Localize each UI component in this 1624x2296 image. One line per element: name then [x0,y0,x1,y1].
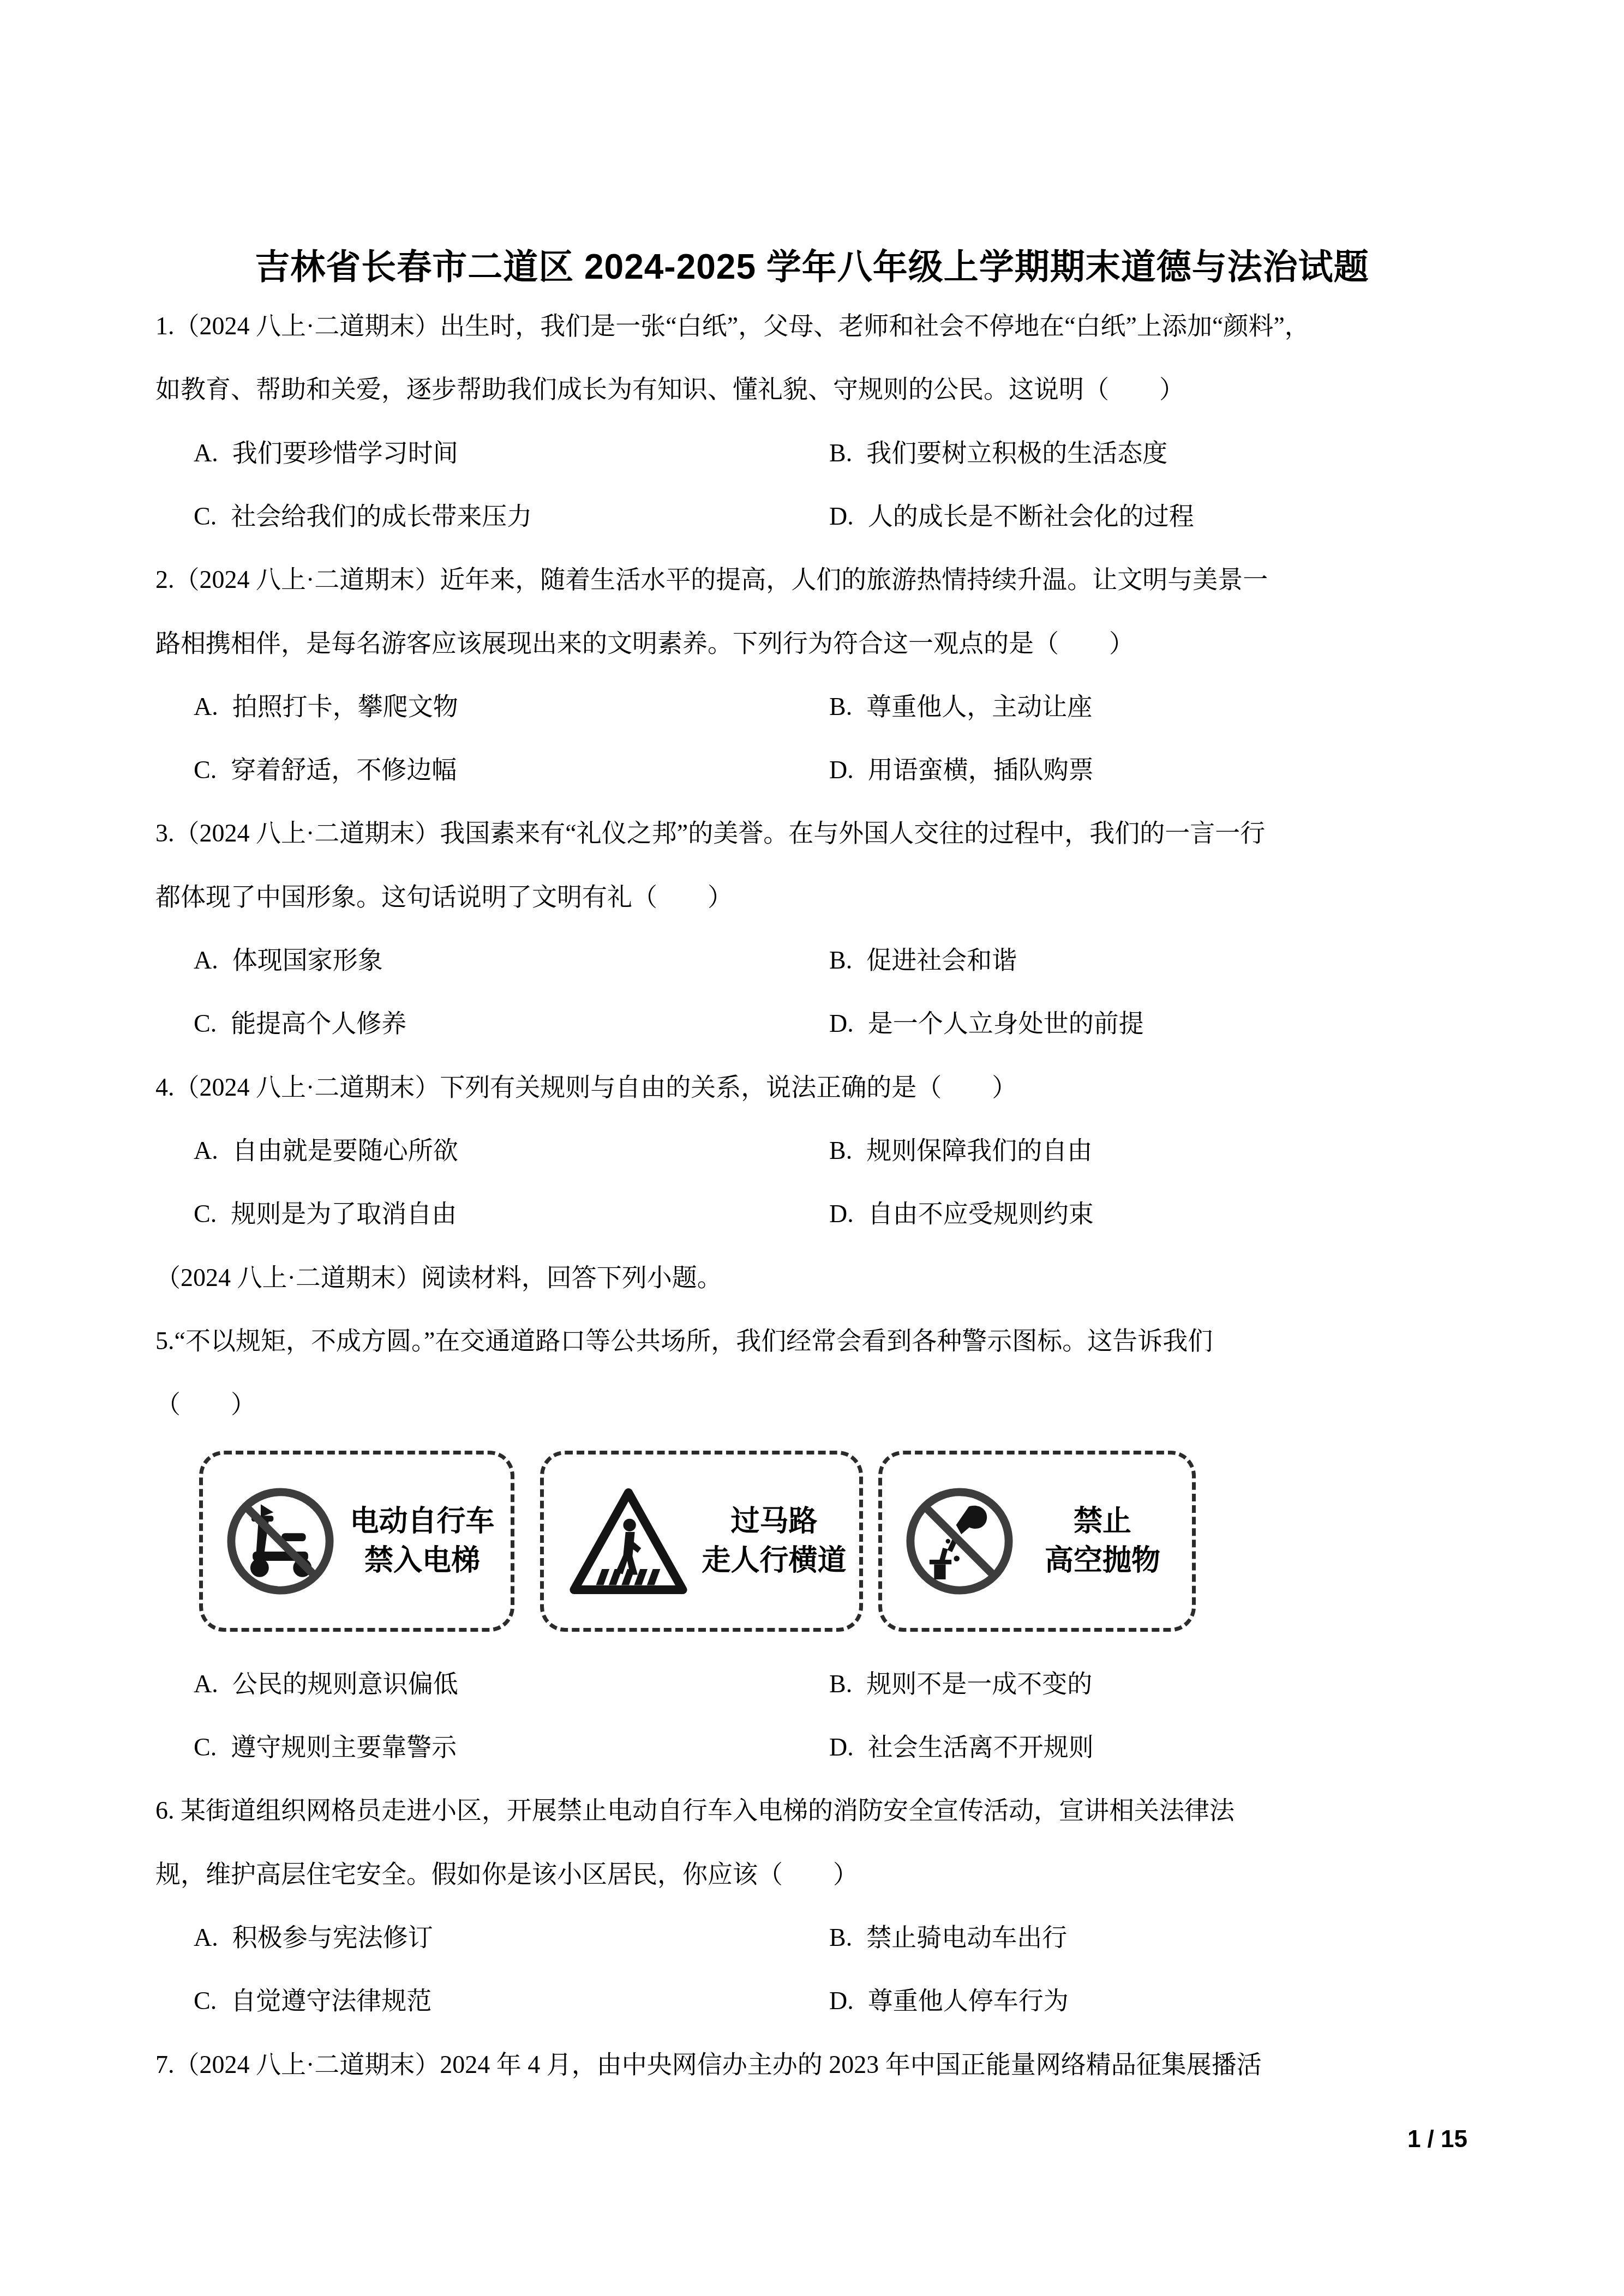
q6-options-row-2: C.自觉遵守法律规范 D.尊重他人停车行为 [155,1985,1481,2017]
exam-page: 吉林省长春市二道区 2024-2025 学年八年级上学期期末道德与法治试题 1.… [0,0,1624,2296]
option-label: C. [194,500,217,533]
sign-card-no-high-altitude-throwing: 禁止 高空抛物 [878,1451,1196,1632]
q2-line-2: 路相携相伴，是每名游客应该展现出来的文明素养。下列行为符合这一观点的是（ ） [155,627,1481,660]
q5-options-row-1: A.公民的规则意识偏低 B.规则不是一成不变的 [155,1668,1481,1700]
q4-line-1: 4.（2024 八上·二道期末）下列有关规则与自由的关系，说法正确的是（ ） [155,1071,1481,1104]
option-text: 社会生活离不开规则 [868,1733,1094,1761]
sign-caption-line: 禁止 [1017,1502,1188,1541]
q6-option-d: D.尊重他人停车行为 [829,1985,1069,2017]
q2-option-a: A.拍照打卡，攀爬文物 [194,690,458,723]
q3-options-row-1: A.体现国家形象 B.促进社会和谐 [155,944,1481,977]
q1-option-d: D.人的成长是不断社会化的过程 [829,500,1194,533]
option-text: 社会给我们的成长带来压力 [231,502,532,530]
q7-line-1: 7.（2024 八上·二道期末）2024 年 4 月，由中央网信办主办的 202… [155,2048,1481,2081]
option-text: 用语蛮横，插队购票 [868,756,1094,784]
option-label: B. [829,1668,852,1700]
q6-option-c: C.自觉遵守法律规范 [194,1985,432,2017]
reading-material-intro: （2024 八上·二道期末）阅读材料，回答下列小题。 [155,1261,1481,1294]
q2-options-row-1: A.拍照打卡，攀爬文物 B.尊重他人，主动让座 [155,690,1481,723]
option-label: B. [829,1921,852,1954]
sign-caption-line: 电动自行车 [338,1502,506,1541]
q3-line-2: 都体现了中国形象。这句话说明了文明有礼（ ） [155,881,1481,913]
option-text: 禁止骑电动车出行 [866,1924,1067,1951]
option-text: 我们要珍惜学习时间 [232,439,458,467]
option-label: C. [194,1985,217,2017]
q4-option-a: A.自由就是要随心所欲 [194,1134,458,1167]
option-text: 自由不应受规则约束 [868,1200,1094,1228]
q5-options-row-2: C.遵守规则主要靠警示 D.社会生活离不开规则 [155,1731,1481,1764]
option-label: D. [829,754,854,786]
q1-options-row-1: A.我们要珍惜学习时间 B.我们要树立积极的生活态度 [155,437,1481,470]
option-text: 自觉遵守法律规范 [231,1987,432,2015]
option-text: 规则保障我们的自由 [866,1137,1092,1164]
q1-options-row-2: C.社会给我们的成长带来压力 D.人的成长是不断社会化的过程 [155,500,1481,533]
q6-option-b: B.禁止骑电动车出行 [829,1921,1067,1954]
q5-option-c: C.遵守规则主要靠警示 [194,1731,457,1764]
option-text: 我们要树立积极的生活态度 [866,439,1167,467]
option-label: B. [829,690,852,723]
sign-caption: 过马路 走人行横道 [693,1502,859,1580]
q6-line-1: 6. 某街道组织网格员走进小区，开展禁止电动自行车入电梯的消防安全宣传活动，宣讲… [155,1794,1481,1827]
page-title: 吉林省长春市二道区 2024-2025 学年八年级上学期期末道德与法治试题 [0,247,1624,287]
q5-option-a: A.公民的规则意识偏低 [194,1668,458,1700]
option-text: 能提高个人修养 [231,1009,406,1037]
option-label: A. [194,944,218,977]
option-label: A. [194,1668,218,1700]
option-label: C. [194,1198,217,1230]
q3-option-b: B.促进社会和谐 [829,944,1017,977]
option-text: 规则不是一成不变的 [866,1670,1092,1698]
q4-option-d: D.自由不应受规则约束 [829,1198,1094,1230]
option-label: B. [829,437,852,470]
q6-line-2: 规，维护高层住宅安全。假如你是该小区居民，你应该（ ） [155,1858,1481,1891]
q6-options-row-1: A.积极参与宪法修订 B.禁止骑电动车出行 [155,1921,1481,1954]
option-label: D. [829,500,854,533]
option-text: 体现国家形象 [232,946,383,974]
option-text: 公民的规则意识偏低 [232,1670,458,1698]
page-number: 1 / 15 [155,2126,1467,2153]
q3-option-d: D.是一个人立身处世的前提 [829,1007,1144,1040]
q1-option-c: C.社会给我们的成长带来压力 [194,500,532,533]
option-label: A. [194,437,218,470]
option-label: A. [194,1921,218,1954]
q1-line-2: 如教育、帮助和关爱，逐步帮助我们成长为有知识、懂礼貌、守规则的公民。这说明（ ） [155,373,1481,406]
q5-option-d: D.社会生活离不开规则 [829,1731,1094,1764]
q1-line-1: 1.（2024 八上·二道期末）出生时，我们是一张“白纸”，父母、老师和社会不停… [155,310,1481,342]
option-text: 遵守规则主要靠警示 [231,1733,457,1761]
q2-line-1: 2.（2024 八上·二道期末）近年来，随着生活水平的提高，人们的旅游热情持续升… [155,563,1481,596]
no-ebike-in-elevator-icon [223,1483,338,1599]
q4-options-row-2: C.规则是为了取消自由 D.自由不应受规则约束 [155,1198,1481,1230]
option-text: 穿着舒适，不修边幅 [231,756,457,784]
option-label: D. [829,1731,854,1764]
q2-option-b: B.尊重他人，主动让座 [829,690,1092,723]
option-text: 积极参与宪法修订 [232,1924,433,1951]
option-text: 尊重他人停车行为 [868,1987,1069,2015]
q2-option-c: C.穿着舒适，不修边幅 [194,754,457,786]
option-label: B. [829,944,852,977]
option-label: C. [194,1731,217,1764]
sign-card-crosswalk-warning: 过马路 走人行横道 [540,1451,863,1632]
sign-caption-line: 禁入电梯 [338,1541,506,1580]
sign-caption: 电动自行车 禁入电梯 [338,1502,511,1580]
q4-option-b: B.规则保障我们的自由 [829,1134,1092,1167]
option-text: 自由就是要随心所欲 [232,1137,458,1164]
q3-options-row-2: C.能提高个人修养 D.是一个人立身处世的前提 [155,1007,1481,1040]
sign-caption-line: 走人行横道 [693,1541,855,1580]
pedestrian-crosswalk-warning-icon [564,1483,693,1599]
q5-line-1: 5.“不以规矩，不成方圆。”在交通道路口等公共场所，我们经常会看到各种警示图标。… [155,1325,1481,1357]
option-label: A. [194,1134,218,1167]
q3-option-c: C.能提高个人修养 [194,1007,406,1040]
option-label: C. [194,1007,217,1040]
option-text: 拍照打卡，攀爬文物 [232,693,458,720]
sign-caption: 禁止 高空抛物 [1017,1502,1192,1580]
q5-line-2: （ ） [155,1388,1481,1421]
sign-card-no-ebike-in-elevator: 电动自行车 禁入电梯 [199,1451,514,1632]
option-text: 是一个人立身处世的前提 [868,1009,1144,1037]
q3-line-1: 3.（2024 八上·二道期末）我国素来有“礼仪之邦”的美誉。在与外国人交往的过… [155,817,1481,850]
option-text: 人的成长是不断社会化的过程 [868,502,1194,530]
option-text: 促进社会和谐 [866,946,1017,974]
q1-option-b: B.我们要树立积极的生活态度 [829,437,1167,470]
q3-option-a: A.体现国家形象 [194,944,383,977]
q5-option-b: B.规则不是一成不变的 [829,1668,1092,1700]
q2-option-d: D.用语蛮横，插队购票 [829,754,1094,786]
q4-option-c: C.规则是为了取消自由 [194,1198,457,1230]
q2-options-row-2: C.穿着舒适，不修边幅 D.用语蛮横，插队购票 [155,754,1481,786]
option-text: 尊重他人，主动让座 [866,693,1092,720]
option-label: A. [194,690,218,723]
sign-caption-line: 过马路 [693,1502,855,1541]
sign-caption-line: 高空抛物 [1017,1541,1188,1580]
option-label: C. [194,754,217,786]
option-label: D. [829,1198,854,1230]
q6-option-a: A.积极参与宪法修订 [194,1921,433,1954]
no-high-altitude-throwing-icon [902,1483,1017,1599]
option-label: D. [829,1007,854,1040]
option-label: D. [829,1985,854,2017]
q1-option-a: A.我们要珍惜学习时间 [194,437,458,470]
q4-options-row-1: A.自由就是要随心所欲 B.规则保障我们的自由 [155,1134,1481,1167]
option-label: B. [829,1134,852,1167]
option-text: 规则是为了取消自由 [231,1200,457,1228]
